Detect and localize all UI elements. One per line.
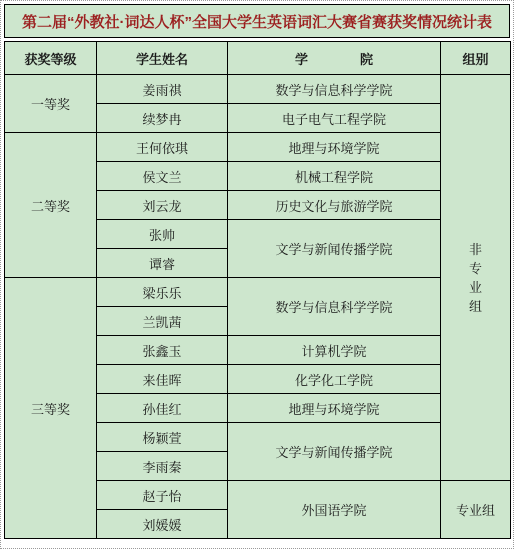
college-cell: 地理与环境学院 (228, 394, 441, 423)
group-cell-non-professional: 非专业组 (441, 75, 511, 481)
student-name-cell: 赵子怡 (97, 481, 228, 510)
student-name-cell: 谭睿 (97, 249, 228, 278)
header-student-name: 学生姓名 (97, 42, 228, 75)
award-cell-second-prize: 二等奖 (5, 133, 97, 278)
student-name-cell: 张帅 (97, 220, 228, 249)
student-name-cell: 王何依琪 (97, 133, 228, 162)
header-group: 组别 (441, 42, 511, 75)
college-cell: 历史文化与旅游学院 (228, 191, 441, 220)
table-row: 三等奖 梁乐乐 数学与信息科学学院 (5, 278, 511, 307)
student-name-cell: 刘媛媛 (97, 510, 228, 539)
award-cell-first-prize: 一等奖 (5, 75, 97, 133)
table-row: 一等奖 姜雨祺 数学与信息科学学院 非专业组 (5, 75, 511, 104)
student-name-cell: 杨颖萱 (97, 423, 228, 452)
student-name-cell: 兰凯茜 (97, 307, 228, 336)
award-cell-third-prize: 三等奖 (5, 278, 97, 539)
report-title: 第二届“外教社·词达人杯”全国大学生英语词汇大赛省赛获奖情况统计表 (4, 4, 510, 38)
college-cell: 计算机学院 (228, 336, 441, 365)
student-name-cell: 刘云龙 (97, 191, 228, 220)
table-row: 二等奖 王何依琪 地理与环境学院 (5, 133, 511, 162)
header-college: 学 院 (228, 42, 441, 75)
student-name-cell: 梁乐乐 (97, 278, 228, 307)
college-cell: 数学与信息科学学院 (228, 278, 441, 336)
student-name-cell: 续梦冉 (97, 104, 228, 133)
college-cell: 数学与信息科学学院 (228, 75, 441, 104)
sheet-frame: 第二届“外教社·词达人杯”全国大学生英语词汇大赛省赛获奖情况统计表 获奖等级 学… (0, 0, 514, 549)
group-cell-professional: 专业组 (441, 481, 511, 539)
award-results-table: 获奖等级 学生姓名 学 院 组别 一等奖 姜雨祺 数学与信息科学学院 非专业组 … (4, 41, 511, 539)
student-name-cell: 侯文兰 (97, 162, 228, 191)
college-cell: 机械工程学院 (228, 162, 441, 191)
college-cell: 化学化工学院 (228, 365, 441, 394)
college-cell: 外国语学院 (228, 481, 441, 539)
student-name-cell: 张鑫玉 (97, 336, 228, 365)
header-award-level: 获奖等级 (5, 42, 97, 75)
student-name-cell: 孙佳红 (97, 394, 228, 423)
college-cell: 电子电气工程学院 (228, 104, 441, 133)
college-cell: 地理与环境学院 (228, 133, 441, 162)
group-cell-non-professional-label: 非专业组 (469, 240, 483, 316)
student-name-cell: 来佳晖 (97, 365, 228, 394)
college-cell: 文学与新闻传播学院 (228, 423, 441, 481)
header-row: 获奖等级 学生姓名 学 院 组别 (5, 42, 511, 75)
student-name-cell: 姜雨祺 (97, 75, 228, 104)
college-cell: 文学与新闻传播学院 (228, 220, 441, 278)
student-name-cell: 李雨秦 (97, 452, 228, 481)
